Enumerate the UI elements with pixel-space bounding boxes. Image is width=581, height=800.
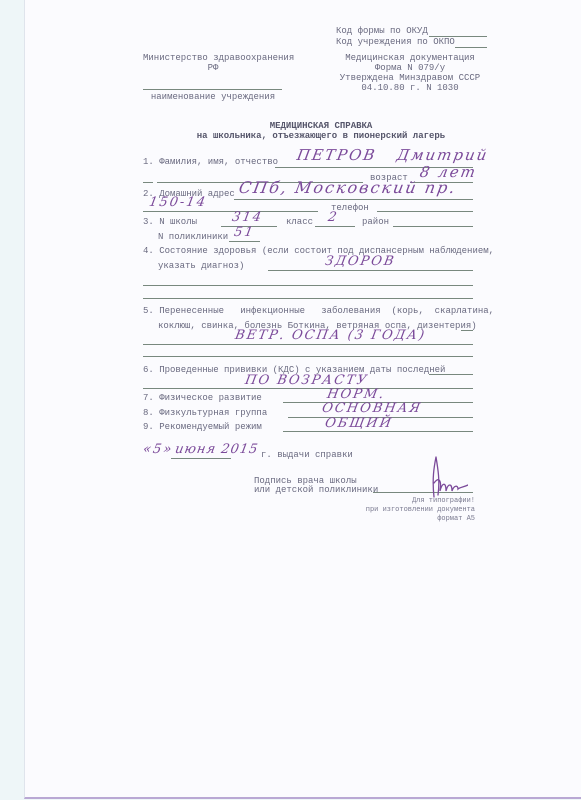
address-field[interactable] — [234, 199, 473, 200]
school-value: 314 — [231, 210, 265, 226]
phone-field[interactable] — [377, 211, 473, 212]
issue-month-year: июня 2015 — [174, 442, 260, 458]
address-field-line2[interactable] — [143, 211, 318, 212]
issue-day: «5» — [142, 442, 175, 458]
med-doc-line1: Медицинская документация — [325, 53, 495, 63]
regime-value: ОБЩИЙ — [324, 416, 395, 432]
class-label: класс — [286, 217, 313, 227]
vaccinations-field-short[interactable] — [429, 374, 473, 375]
document-subtitle: на школьника, отъезжающего в пионерский … — [121, 131, 521, 141]
okpo-label: Код учреждения по ОКПО — [336, 37, 455, 47]
ministry-line1: Министерство здравоохранения — [143, 53, 283, 63]
name-label: 1. Фамилия, имя, отчество — [143, 157, 278, 167]
institution-name-field[interactable] — [143, 89, 282, 90]
printer-note-line1: Для типографии! — [355, 497, 475, 506]
signature-label-line2: или детской поликлиники — [254, 485, 378, 495]
clinic-label: N поликлиники — [158, 232, 228, 242]
okud-label: Код формы по ОКУД — [336, 26, 428, 36]
issue-suffix: г. выдачи справки — [261, 450, 353, 460]
institution-caption: наименование учреждения — [143, 92, 283, 102]
issue-month-field[interactable] — [171, 458, 231, 459]
document-title: МЕДИЦИНСКАЯ СПРАВКА — [121, 121, 521, 131]
infections-value: ВЕТР. ОСПА (3 ГОДА) — [234, 328, 428, 344]
school-label: 3. N школы — [143, 217, 197, 227]
pe-group-label: 8. Физкультурная группа — [143, 408, 267, 418]
printer-note-line3: формат А5 — [355, 515, 475, 524]
ministry-line2: РФ — [143, 63, 283, 73]
infections-field-short[interactable] — [461, 330, 473, 331]
health-label-line1: 4. Состояние здоровья (если состоит под … — [143, 246, 494, 256]
class-field[interactable] — [315, 226, 355, 227]
medical-certificate-page: Код формы по ОКУД Код учреждения по ОКПО… — [24, 0, 581, 799]
address-value-line1: СПб, Московский пр. — [238, 180, 458, 196]
infections-field-line2[interactable] — [143, 356, 473, 357]
clinic-value: 51 — [233, 225, 256, 241]
okpo-field[interactable] — [455, 47, 487, 48]
health-label-line2: указать диагноз) — [158, 261, 244, 271]
infections-field[interactable] — [143, 344, 473, 345]
health-value: ЗДОРОВ — [324, 254, 397, 270]
separator-line — [143, 298, 473, 299]
class-value: 2 — [327, 210, 340, 226]
pe-group-value: ОСНОВНАЯ — [321, 401, 424, 417]
physical-dev-label: 7. Физическое развитие — [143, 393, 262, 403]
approval-date: 04.10.80 г. N 1030 — [325, 83, 495, 93]
health-field-line2[interactable] — [143, 285, 473, 286]
name-first-value: Дмитрий — [396, 147, 490, 163]
address-value-line2: 150-14 — [148, 195, 209, 211]
regime-label: 9. Рекомендуемый режим — [143, 422, 262, 432]
form-number: Форма N 079/у — [325, 63, 495, 73]
name-surname-value: ПЕТРОВ — [296, 147, 378, 163]
approved-by: Утверждена Минздравом СССР — [325, 73, 495, 83]
infections-label-line1: 5. Перенесенные инфекционные заболевания… — [143, 306, 494, 316]
health-field[interactable] — [268, 270, 473, 271]
name-continuation-short — [143, 182, 153, 183]
clinic-field[interactable] — [229, 241, 260, 242]
printer-note-line2: при изготовлении документа — [315, 506, 475, 515]
district-label: район — [362, 217, 389, 227]
district-field[interactable] — [393, 226, 473, 227]
doctor-signature — [428, 453, 468, 501]
